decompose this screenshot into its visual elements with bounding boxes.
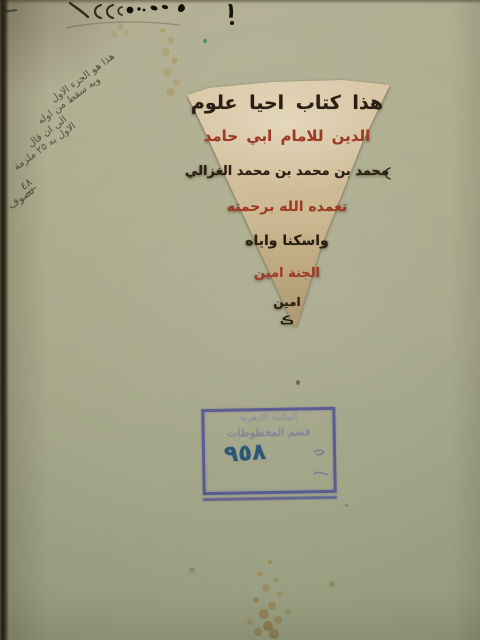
pencil-stroke-icon [58, 16, 188, 34]
title-line-4: تغمده الله برحمته [183, 190, 391, 224]
title-line-7: امين [183, 289, 391, 315]
title-text-block: هذا كتاب احيا علوم الدين للامام ابي حامد… [183, 79, 391, 327]
stamp-side-marks-icon [311, 448, 332, 482]
ink-flourish-icon [380, 166, 394, 182]
speck [345, 504, 348, 507]
teal-speck [203, 39, 207, 43]
foxing-stain-bottom [268, 560, 272, 564]
title-line-6: الجنة امين [183, 258, 391, 289]
title-line-2: الدين للامام ابي حامد [183, 118, 391, 154]
stamp-institution: المكتبة الازهرية [204, 412, 332, 424]
stamp-shelf-number: ٩٥٨ [206, 438, 284, 469]
title-line-3: محمد بن محمد بن محمد الغزالي [183, 154, 391, 190]
library-stamp: المكتبة الازهرية قسم المخطوطات ٩٥٨ [201, 407, 336, 495]
numeral-dot [230, 21, 234, 25]
manuscript-page: ١ هذا هو الجزء الاول وبه سقط من اوله الى… [0, 0, 480, 640]
tip-flourish: ڪ [183, 315, 391, 327]
title-line-5: واسكنا واياه [183, 224, 391, 258]
stamp-double-border [203, 496, 337, 501]
title-triangle-patch: هذا كتاب احيا علوم الدين للامام ابي حامد… [183, 79, 391, 327]
foxing-stain-top [160, 28, 165, 33]
folio-numeral: ١ [222, 0, 246, 31]
title-line-1: هذا كتاب احيا علوم [183, 79, 391, 118]
binding-edge [0, 0, 9, 640]
ink-speck [296, 380, 300, 385]
